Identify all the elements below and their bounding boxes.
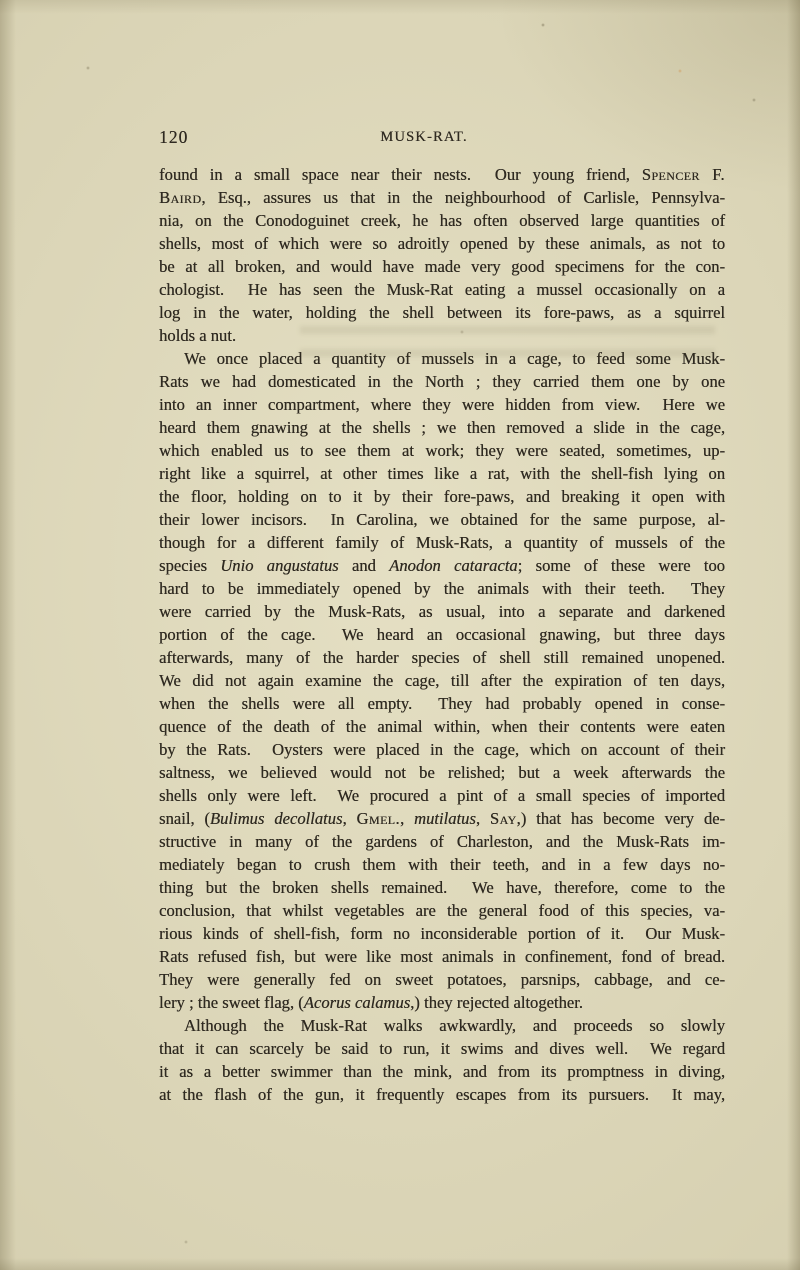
text-line: Baird, Esq., assures us that in the neig… <box>159 186 725 209</box>
text-line: snail, (Bulimus decollatus, Gmel., mutil… <box>159 807 725 830</box>
text-line: afterwards, many of the harder species o… <box>159 646 725 669</box>
text-column: found in a small space near their nests.… <box>159 163 725 1106</box>
text-line: species Unio angustatus and Anodon catar… <box>159 554 725 577</box>
text-line: quence of the death of the animal within… <box>159 715 725 738</box>
text-line: were carried by the Musk-Rats, as usual,… <box>159 600 725 623</box>
text-line: We once placed a quantity of mussels in … <box>159 347 725 370</box>
text-line: They were generally fed on sweet potatoe… <box>159 968 725 991</box>
text-line: hard to be immediately opened by the ani… <box>159 577 725 600</box>
text-line: shells, most of which were so adroitly o… <box>159 232 725 255</box>
running-header: 120 MUSK-RAT. <box>159 127 725 149</box>
text-line: be at all broken, and would have made ve… <box>159 255 725 278</box>
text-line: conclusion, that whilst vegetables are t… <box>159 899 725 922</box>
text-line: it as a better swimmer than the mink, an… <box>159 1060 725 1083</box>
text-line: We did not again examine the cage, till … <box>159 669 725 692</box>
text-line: lery ; the sweet flag, (Acorus calamus,)… <box>159 991 725 1014</box>
species-name-italic: Unio angustatus <box>220 556 338 575</box>
text-line: Rats refused fish, but were like most an… <box>159 945 725 968</box>
species-name-italic: Acorus calamus <box>304 993 410 1012</box>
text-line: the floor, holding on to it by their for… <box>159 485 725 508</box>
text-line: right like a squirrel, at other times li… <box>159 462 725 485</box>
text-line: mediately began to crush them with their… <box>159 853 725 876</box>
paragraph: Although the Musk-Rat walks awkwardly, a… <box>159 1014 725 1106</box>
paragraph: found in a small space near their nests.… <box>159 163 725 347</box>
small-caps-name: Gmel. <box>357 809 400 828</box>
text-line: structive in many of the gardens of Char… <box>159 830 725 853</box>
text-line: shells only were left. We procured a pin… <box>159 784 725 807</box>
species-name-italic: Anodon cataracta <box>389 556 518 575</box>
text-line: portion of the cage. We heard an occasio… <box>159 623 725 646</box>
text-line: rious kinds of shell-fish, form no incon… <box>159 922 725 945</box>
paragraph: We once placed a quantity of mussels in … <box>159 347 725 1014</box>
running-title: MUSK-RAT. <box>141 129 707 146</box>
text-line: into an inner compartment, where they we… <box>159 393 725 416</box>
small-caps-name: Say <box>490 809 517 828</box>
text-line: their lower incisors. In Carolina, we ob… <box>159 508 725 531</box>
text-line: saltness, we believed would not be relis… <box>159 761 725 784</box>
species-name-italic: Bulimus decollatus <box>210 809 343 828</box>
text-line: at the flash of the gun, it frequently e… <box>159 1083 725 1106</box>
text-line: Rats we had domesticated in the North ; … <box>159 370 725 393</box>
text-line: nia, on the Conodoguinet creek, he has o… <box>159 209 725 232</box>
scanned-book-page: { "colors": { "paper": "#ddd7b8", "ink":… <box>0 0 800 1270</box>
text-line: by the Rats. Oysters were placed in the … <box>159 738 725 761</box>
small-caps-name: Baird <box>159 188 201 207</box>
text-line: thing but the broken shells remained. We… <box>159 876 725 899</box>
text-line: which enabled us to see them at work; th… <box>159 439 725 462</box>
text-line: heard them gnawing at the shells ; we th… <box>159 416 725 439</box>
text-line: holds a nut. <box>159 324 725 347</box>
text-line: when the shells were all empty. They had… <box>159 692 725 715</box>
small-caps-name: Spencer F. <box>642 165 725 184</box>
species-name-italic: mutilatus <box>414 809 476 828</box>
text-line: that it can scarcely be said to run, it … <box>159 1037 725 1060</box>
text-line: found in a small space near their nests.… <box>159 163 725 186</box>
text-line: log in the water, holding the shell betw… <box>159 301 725 324</box>
text-line: chologist. He has seen the Musk-Rat eati… <box>159 278 725 301</box>
text-line: though for a different family of Musk-Ra… <box>159 531 725 554</box>
text-line: Although the Musk-Rat walks awkwardly, a… <box>159 1014 725 1037</box>
